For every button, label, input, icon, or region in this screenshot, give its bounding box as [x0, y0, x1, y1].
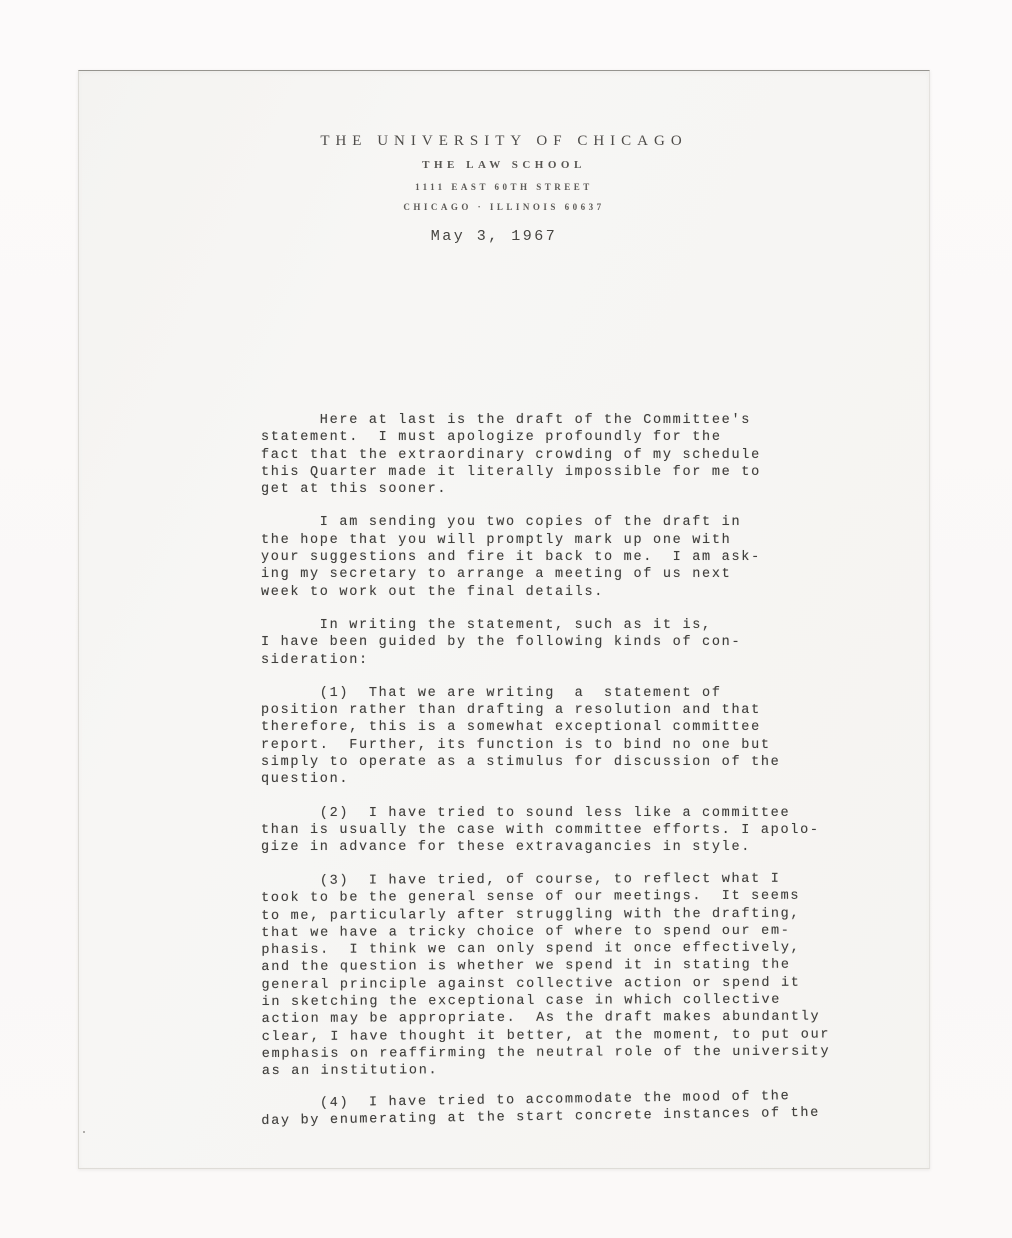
letterhead-city-state-zip: CHICAGO · ILLINOIS 60637 — [79, 202, 929, 212]
letterhead-university-name: THE UNIVERSITY OF CHICAGO — [79, 133, 929, 150]
paragraph-point-2: (2) I have tried to sound less like a co… — [261, 805, 901, 857]
paragraph-point-4: (4) I have tried to accommodate the mood… — [261, 1087, 901, 1131]
letterhead: THE UNIVERSITY OF CHICAGO THE LAW SCHOOL… — [79, 133, 929, 245]
letterhead-school-name: THE LAW SCHOOL — [79, 159, 929, 171]
paragraph-considerations-intro: In writing the statement, such as it is,… — [261, 617, 901, 669]
letter-date: May 3, 1967 — [69, 228, 919, 245]
letter-body: Here at last is the draft of the Committ… — [261, 412, 901, 1147]
paragraph-two-copies: I am sending you two copies of the draft… — [261, 514, 901, 600]
paragraph-opening: Here at last is the draft of the Committ… — [261, 412, 901, 498]
paragraph-point-1: (1) That we are writing a statement of p… — [261, 685, 901, 789]
letterhead-street-address: 1111 EAST 60TH STREET — [79, 182, 929, 192]
scan-background: THE UNIVERSITY OF CHICAGO THE LAW SCHOOL… — [0, 0, 1012, 1238]
paragraph-point-3: (3) I have tried, of course, to reflect … — [261, 870, 902, 1080]
scan-speck — [83, 1131, 85, 1133]
letter-page: THE UNIVERSITY OF CHICAGO THE LAW SCHOOL… — [78, 70, 930, 1169]
